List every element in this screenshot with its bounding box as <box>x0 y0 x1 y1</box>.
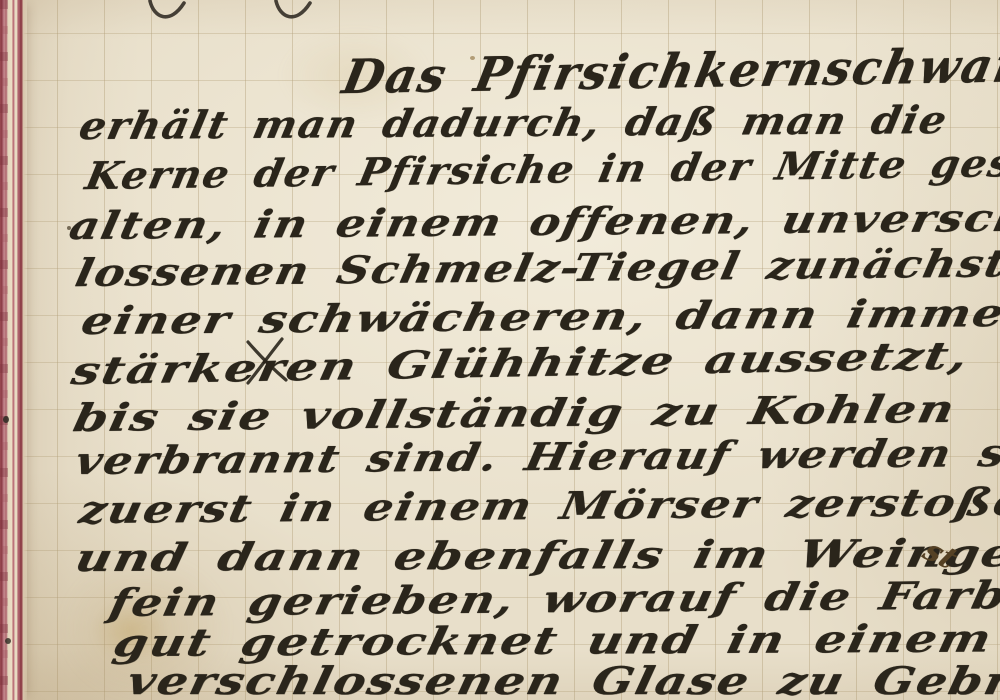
graph-paper-grid <box>0 0 1000 700</box>
paper-stain <box>92 600 167 662</box>
manuscript-line: bis sie vollständig zu Kohlen <box>70 390 959 437</box>
manuscript-line: zuerst in einem Mörser zerstoßen <box>76 482 1000 529</box>
manuscript-line: fein gerieben, worauf die Farbe <box>106 576 1000 622</box>
book-binding-edge <box>0 0 27 700</box>
ink-speck <box>67 226 71 230</box>
manuscript-line: Kerne der Pfirsiche in der Mitte gesp- <box>82 143 1000 195</box>
manuscript-page: Das Pfirsichkernschwarz. erhält man dadu… <box>0 0 1000 700</box>
manuscript-line: einer schwächeren, dann immer <box>78 294 1000 340</box>
strikeout-mark <box>240 334 292 388</box>
manuscript-line: verbrannt sind. Hierauf werden sie <box>72 433 1000 480</box>
manuscript-line: lossenen Schmelz-Tiegel zunächst <box>72 244 1000 292</box>
ink-speck <box>470 56 475 60</box>
manuscript-line: und dann ebenfalls im Weingei- <box>72 534 1000 577</box>
manuscript-line: gut getrocknet und in einem <box>110 619 996 662</box>
manuscript-heading: Das Pfirsichkernschwarz. <box>339 41 1000 101</box>
paper-stain <box>60 555 230 700</box>
manuscript-line: alten, in einem offenen, unversch- <box>66 198 1000 245</box>
manuscript-line: verschlossenen Glase zu Gebrauch <box>124 662 1000 700</box>
manuscript-line: stärkeren Glühhitze aussetzt, <box>69 336 973 390</box>
paper-stain <box>280 28 430 123</box>
cutoff-descender-strokes <box>140 0 350 30</box>
marginal-correction: st <box>916 534 964 576</box>
manuscript-line: erhält man dadurch, daß man die <box>76 101 951 145</box>
